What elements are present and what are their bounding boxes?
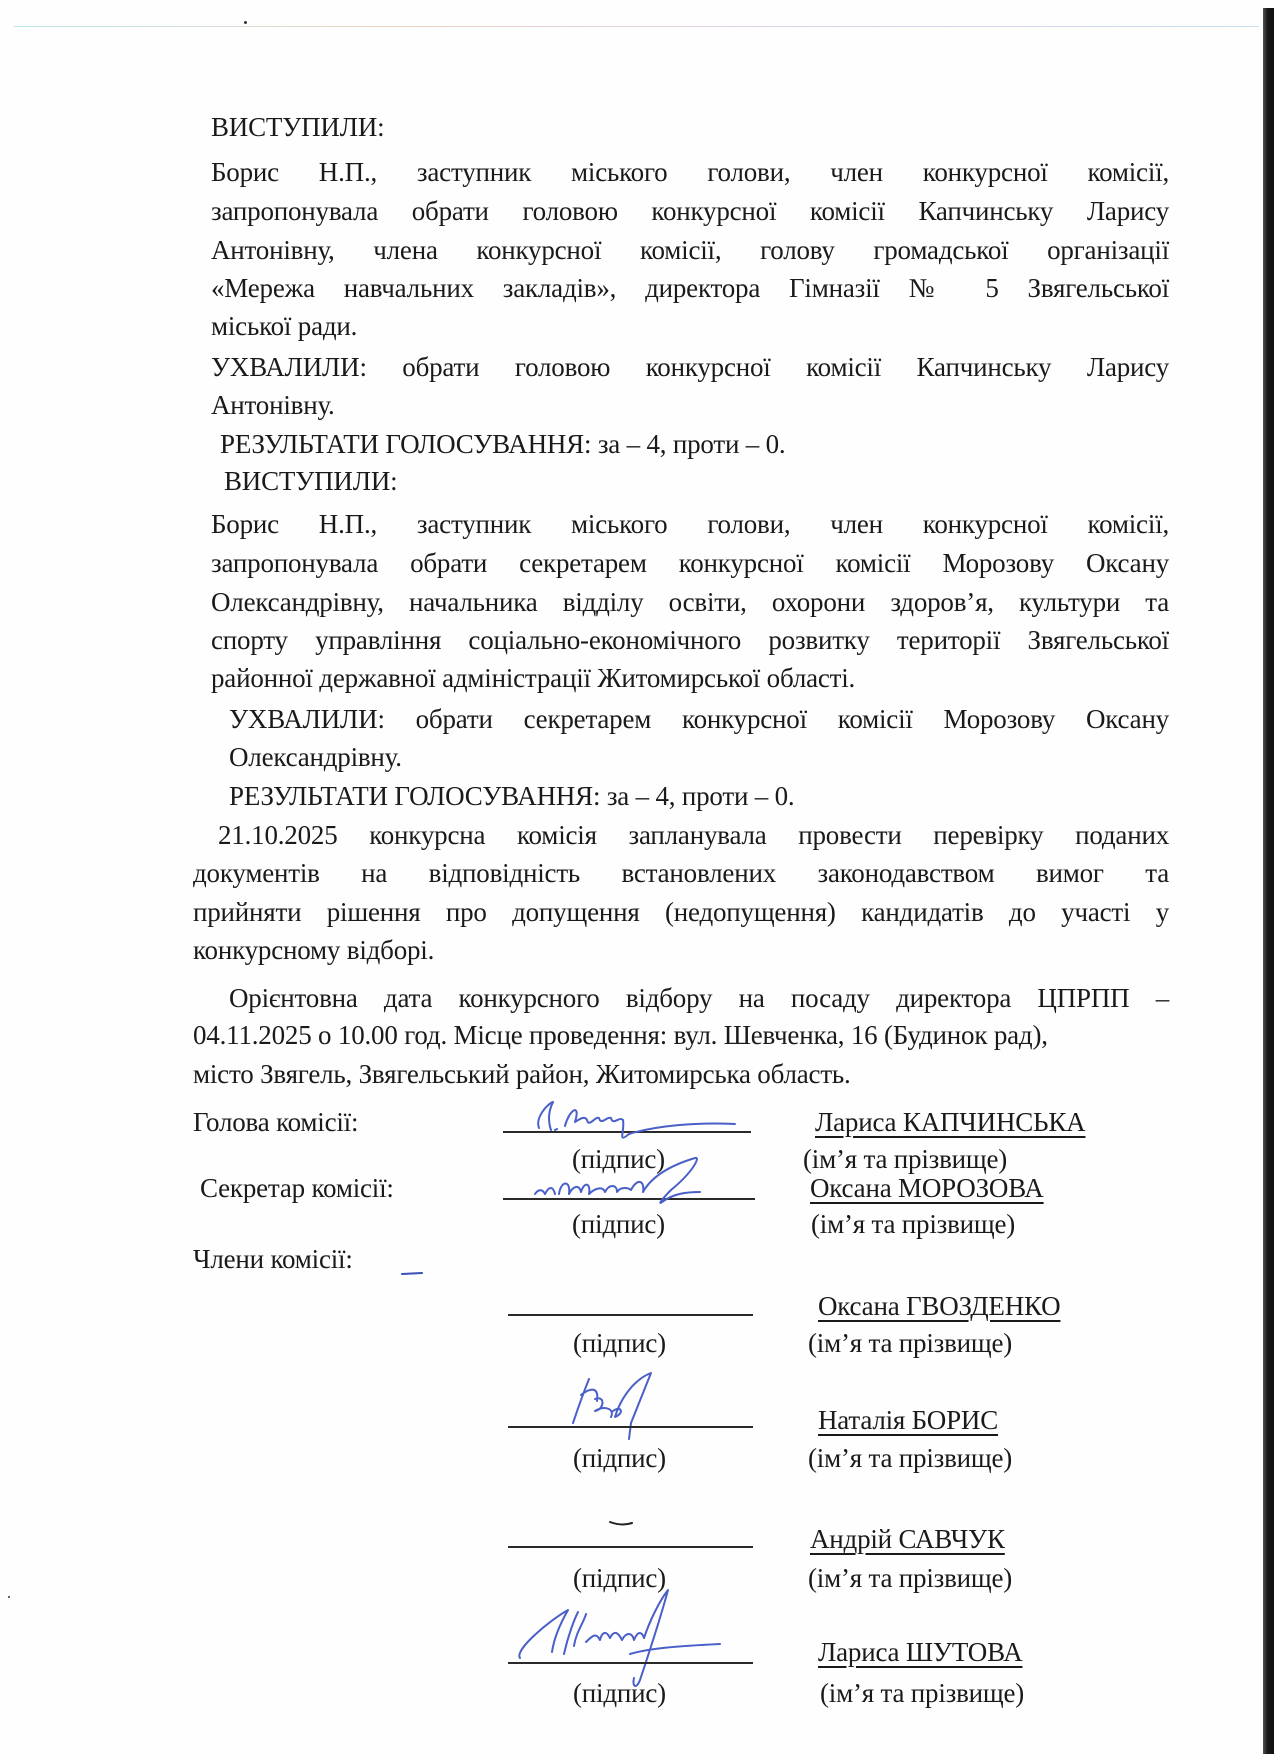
member-name: Оксана ГВОЗДЕНКО — [818, 1291, 1060, 1321]
date-line: місто Звягель, Звягельський район, Житом… — [193, 1059, 851, 1089]
signature-caption: (підпис) — [573, 1678, 666, 1708]
name-caption: (ім’я та прізвище) — [808, 1563, 1012, 1593]
signature-caption: (підпис) — [573, 1443, 666, 1473]
speech-line: міської ради. — [211, 311, 357, 341]
speech-line: Борис Н.П., заступник міського голови, ч… — [211, 509, 1169, 539]
members-label: Члени комісії: — [193, 1244, 353, 1274]
date-line: Орієнтовна дата конкурсного відбору на п… — [229, 983, 1169, 1013]
signature-member-1-icon — [400, 1270, 440, 1280]
scan-edge-shadow — [1263, 8, 1274, 1754]
name-caption: (ім’я та прізвище) — [820, 1678, 1024, 1708]
date-line: 04.11.2025 о 10.00 год. Місце проведення… — [193, 1020, 1048, 1050]
plan-line: документів на відповідність встановлених… — [193, 858, 1169, 888]
section-heading-spoke: ВИСТУПИЛИ: — [211, 112, 384, 142]
decision-line: Антонівну. — [211, 390, 335, 420]
plan-line: конкурсному відборі. — [193, 935, 434, 965]
scan-edge-line — [14, 26, 1259, 27]
signature-caption: (підпис) — [572, 1209, 665, 1239]
signature-chair-icon — [525, 1092, 765, 1152]
member-name: Андрій САВЧУК — [810, 1524, 1005, 1554]
signature-member-2-icon — [555, 1365, 675, 1445]
secretary-name: Оксана МОРОЗОВА — [810, 1173, 1044, 1203]
name-caption: (ім’я та прізвище) — [808, 1443, 1012, 1473]
speech-line: районної державної адміністрації Житомир… — [211, 663, 855, 693]
scan-speck — [244, 21, 247, 24]
secretary-label: Секретар комісії: — [200, 1173, 394, 1203]
speech-line: спорту управління соціально-економічного… — [211, 625, 1169, 655]
decision-line: УХВАЛИЛИ: обрати секретарем конкурсної к… — [229, 704, 1169, 734]
section-heading-spoke: ВИСТУПИЛИ: — [224, 466, 397, 496]
speech-line: запропонувала обрати головою конкурсної … — [211, 196, 1169, 226]
signature-line — [508, 1314, 753, 1316]
speech-line: Олександрівну, начальника відділу освіти… — [211, 587, 1169, 617]
decision-line: УХВАЛИЛИ: обрати головою конкурсної комі… — [211, 352, 1169, 382]
decision-line: Олександрівну. — [229, 742, 402, 772]
name-caption: (ім’я та прізвище) — [808, 1328, 1012, 1358]
scan-speck — [8, 1596, 10, 1598]
name-caption: (ім’я та прізвище) — [803, 1144, 1007, 1174]
speech-line: «Мережа навчальних закладів», директора … — [211, 273, 1169, 303]
signature-line — [508, 1662, 753, 1664]
plan-line: прийняти рішення про допущення (недопуще… — [193, 897, 1169, 927]
vote-result: РЕЗУЛЬТАТИ ГОЛОСУВАННЯ: за – 4, проти – … — [229, 781, 794, 811]
chair-label: Голова комісії: — [193, 1107, 358, 1137]
signature-line — [508, 1546, 753, 1548]
plan-line: 21.10.2025 конкурсна комісія запланувала… — [218, 820, 1169, 850]
document-page: ВИСТУПИЛИ: Борис Н.П., заступник міськог… — [0, 0, 1263, 1754]
signature-caption: (підпис) — [573, 1328, 666, 1358]
vote-result: РЕЗУЛЬТАТИ ГОЛОСУВАННЯ: за – 4, проти – … — [220, 429, 785, 459]
member-name: Лариса ШУТОВА — [818, 1637, 1023, 1667]
name-caption: (ім’я та прізвище) — [811, 1209, 1015, 1239]
member-name: Наталія БОРИС — [818, 1405, 998, 1435]
speech-line: запропонувала обрати секретарем конкурсн… — [211, 548, 1169, 578]
chair-name: Лариса КАПЧИНСЬКА — [815, 1107, 1085, 1137]
signature-line — [508, 1426, 753, 1428]
signature-member-3-icon — [608, 1519, 648, 1529]
speech-line: Антонівну, члена конкурсної комісії, гол… — [211, 235, 1169, 265]
speech-line: Борис Н.П., заступник міського голови, ч… — [211, 157, 1169, 187]
